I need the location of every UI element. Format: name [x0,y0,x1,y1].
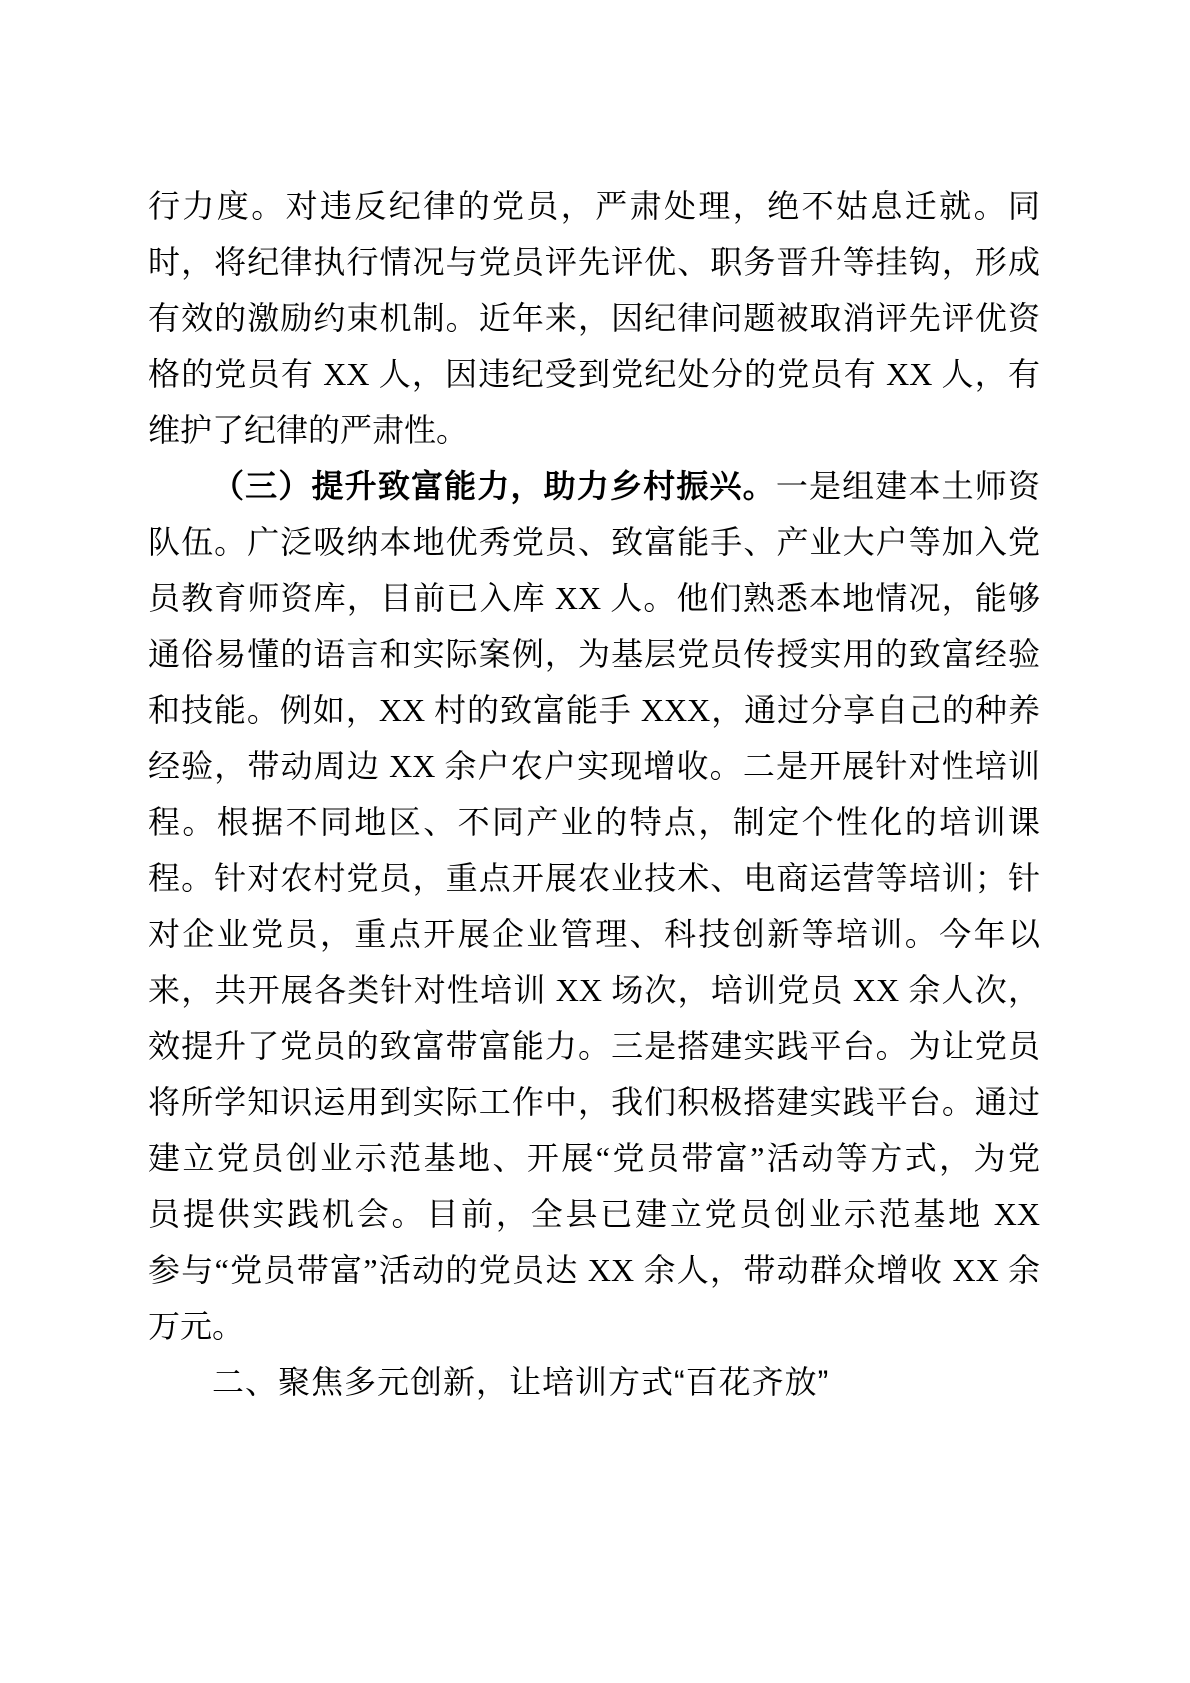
text-line: 参与“党员带富”活动的党员达 XX 余人，带动群众增收 XX 余 [148,1242,1040,1298]
paragraph: 行力度。对违反纪律的党员，严肃处理，绝不姑息迁就。同时，将纪律执行情况与党员评先… [148,178,1040,458]
text-segment: 万元。 [148,1308,244,1344]
text-segment: 时，将纪律执行情况与党员评先评优、职务晋升等挂钩，形成 [148,244,1040,280]
text-segment: 建立党员创业示范基地、开展“党员带富”活动等方式，为党 [148,1140,1040,1176]
text-segment: 通俗易懂的语言和实际案例，为基层党员传授实用的致富经验 [148,636,1040,672]
text-segment: 对企业党员，重点开展企业管理、科技创新等培训。今年以 [148,916,1040,952]
text-line: 员提供实践机会。目前，全县已建立党员创业示范基地 XX 个， [148,1186,1040,1242]
text-segment: 员提供实践机会。目前，全县已建立党员创业示范基地 XX 个， [148,1196,1040,1242]
text-segment-kaiti-bold: （三）提升致富能力，助力乡村振兴。 [212,468,776,504]
text-segment: 一是组建本土师资 [776,468,1040,504]
text-line: 经验，带动周边 XX 余户农户实现增收。二是开展针对性培训课 [148,738,1040,794]
text-line: 二、聚焦多元创新，让培训方式“百花齐放” [148,1354,1040,1410]
text-line: 来，共开展各类针对性培训 XX 场次，培训党员 XX 余人次，有 [148,962,1040,1018]
text-line: 效提升了党员的致富带富能力。三是搭建实践平台。为让党员 [148,1018,1040,1074]
text-segment: 效提升了党员的致富带富能力。三是搭建实践平台。为让党员 [148,1028,1040,1064]
text-line: 对企业党员，重点开展企业管理、科技创新等培训。今年以 [148,906,1040,962]
text-line: 队伍。广泛吸纳本地优秀党员、致富能手、产业大户等加入党 [148,514,1040,570]
text-line: 格的党员有 XX 人，因违纪受到党纪处分的党员有 XX 人，有效 [148,346,1040,402]
text-segment: 队伍。广泛吸纳本地优秀党员、致富能手、产业大户等加入党 [148,524,1040,560]
text-segment: 员教育师资库，目前已入库 XX 人。他们熟悉本地情况，能够用 [148,580,1040,626]
text-segment: 来，共开展各类针对性培训 XX 场次，培训党员 XX 余人次，有 [148,972,1040,1018]
text-line: 有效的激励约束机制。近年来，因纪律问题被取消评先评优资 [148,290,1040,346]
text-line: 维护了纪律的严肃性。 [148,402,1040,458]
text-line: 和技能。例如，XX 村的致富能手 XXX，通过分享自己的种养殖 [148,682,1040,738]
text-segment: 有效的激励约束机制。近年来，因纪律问题被取消评先评优资 [148,300,1040,336]
text-segment: 参与“党员带富”活动的党员达 XX 余人，带动群众增收 XX 余 [148,1252,1040,1288]
paragraph: （三）提升致富能力，助力乡村振兴。一是组建本土师资队伍。广泛吸纳本地优秀党员、致… [148,458,1040,1354]
section-heading: 二、聚焦多元创新，让培训方式“百花齐放” [148,1354,1040,1410]
text-line: 时，将纪律执行情况与党员评先评优、职务晋升等挂钩，形成 [148,234,1040,290]
text-line: 程。针对农村党员，重点开展农业技术、电商运营等培训；针 [148,850,1040,906]
text-segment: 维护了纪律的严肃性。 [148,412,468,448]
text-segment: 程。针对农村党员，重点开展农业技术、电商运营等培训；针 [148,860,1040,896]
text-segment-heading: 二、聚焦多元创新，让培训方式“百花齐放” [212,1364,829,1400]
text-segment: 程。根据不同地区、不同产业的特点，制定个性化的培训课 [148,804,1040,840]
text-segment: 和技能。例如，XX 村的致富能手 XXX，通过分享自己的种养殖 [148,692,1040,738]
text-line: 行力度。对违反纪律的党员，严肃处理，绝不姑息迁就。同 [148,178,1040,234]
text-line: 通俗易懂的语言和实际案例，为基层党员传授实用的致富经验 [148,626,1040,682]
text-line: 万元。 [148,1298,1040,1354]
document-page: 行力度。对违反纪律的党员，严肃处理，绝不姑息迁就。同时，将纪律执行情况与党员评先… [0,0,1190,1683]
text-line: （三）提升致富能力，助力乡村振兴。一是组建本土师资 [148,458,1040,514]
text-segment: 行力度。对违反纪律的党员，严肃处理，绝不姑息迁就。同 [148,188,1040,224]
text-line: 将所学知识运用到实际工作中，我们积极搭建实践平台。通过 [148,1074,1040,1130]
text-block: 行力度。对违反纪律的党员，严肃处理，绝不姑息迁就。同时，将纪律执行情况与党员评先… [148,178,1040,1410]
text-line: 程。根据不同地区、不同产业的特点，制定个性化的培训课 [148,794,1040,850]
text-segment: 将所学知识运用到实际工作中，我们积极搭建实践平台。通过 [148,1084,1040,1120]
text-segment: 经验，带动周边 XX 余户农户实现增收。二是开展针对性培训课 [148,748,1040,794]
text-line: 建立党员创业示范基地、开展“党员带富”活动等方式，为党 [148,1130,1040,1186]
text-segment: 格的党员有 XX 人，因违纪受到党纪处分的党员有 XX 人，有效 [148,356,1040,402]
text-line: 员教育师资库，目前已入库 XX 人。他们熟悉本地情况，能够用 [148,570,1040,626]
